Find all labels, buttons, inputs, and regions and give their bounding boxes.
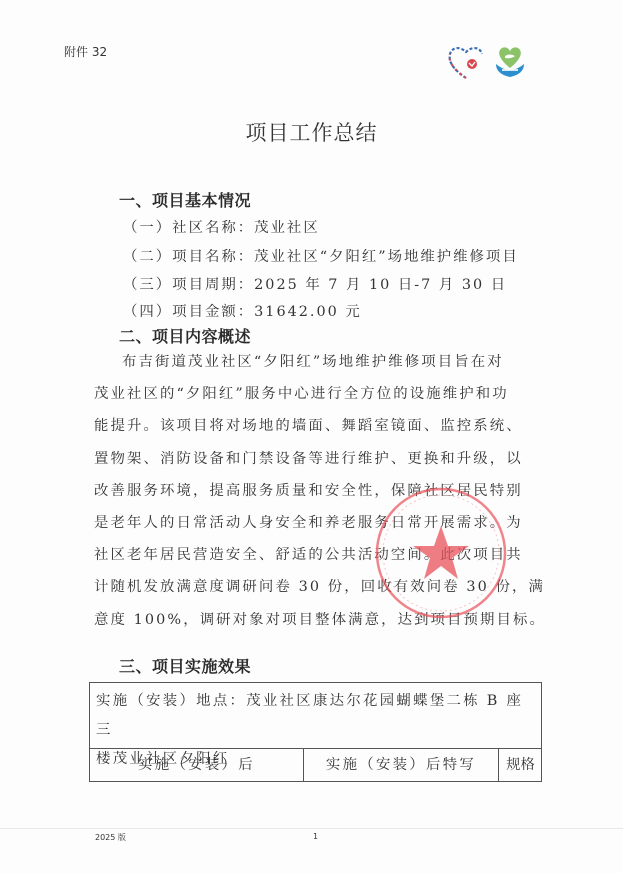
paragraph-line: 改善服务环境，提高服务质量和安全性，保障社区居民特别 <box>94 475 544 507</box>
footer-divider <box>0 828 623 829</box>
section3-heading: 三、项目实施效果 <box>119 654 251 677</box>
paragraph-line: 计随机发放满意度调研问卷 30 份，回收有效问卷 30 份，满 <box>94 571 544 603</box>
paragraph-line: 置物架、消防设备和门禁设备等进行维护、更换和升级，以 <box>94 443 544 475</box>
paragraph-line: 意度 100%，调研对象对项目整体满意，达到项目预期目标。 <box>94 604 544 636</box>
annex-label: 附件 32 <box>64 43 107 60</box>
logos <box>444 42 536 84</box>
summary-paragraph: 布吉街道茂业社区“夕阳红”场地维护维修项目旨在对 茂业社区的“夕阳红”服务中心进… <box>94 346 544 636</box>
paragraph-line: 布吉街道茂业社区“夕阳红”场地维护维修项目旨在对 <box>94 346 544 378</box>
column-header-closeup: 实施（安装）后特写 <box>304 749 499 782</box>
info-label: （一）社区名称： <box>123 220 254 236</box>
location-line: 实施（安装）地点：茂业社区康达尔花园蝴蝶堡二栋 B 座三 <box>96 687 535 745</box>
page-number: 1 <box>313 832 318 841</box>
info-value: 茂业社区“夕阳红”场地维护维修项目 <box>254 249 519 265</box>
info-item-project-name: （二）项目名称：茂业社区“夕阳红”场地维护维修项目 <box>123 245 519 266</box>
info-label: （四）项目金额： <box>123 304 254 320</box>
party-heart-logo-icon <box>450 48 482 78</box>
info-label: （三）项目周期： <box>123 277 254 293</box>
implementation-table: 实施（安装）地点：茂业社区康达尔花园蝴蝶堡二栋 B 座三 楼茂业社区夕阳红 实施… <box>89 682 542 782</box>
paragraph-line: 社区老年居民营造安全、舒适的公共活动空间。此次项目共 <box>94 539 544 571</box>
page-title: 项目工作总结 <box>0 117 623 147</box>
paragraph-line: 是老年人的日常活动人身安全和养老服务日常开展需求。为 <box>94 507 544 539</box>
footer-version: 2025 版 <box>95 832 126 843</box>
section1-heading: 一、项目基本情况 <box>119 188 251 211</box>
info-value: 31642.00 元 <box>254 304 362 320</box>
section2-heading: 二、项目内容概述 <box>119 324 251 347</box>
info-value: 2025 年 7 月 10 日-7 月 30 日 <box>254 277 507 293</box>
column-header-after: 实施（安装）后 <box>90 749 304 782</box>
column-header-spec: 规格 <box>499 749 542 782</box>
info-item-period: （三）项目周期：2025 年 7 月 10 日-7 月 30 日 <box>123 273 507 294</box>
info-label: （二）项目名称： <box>123 249 254 265</box>
info-item-community: （一）社区名称：茂业社区 <box>123 216 320 237</box>
paragraph-line: 能提升。该项目将对场地的墙面、舞蹈室镜面、监控系统、 <box>94 410 544 442</box>
community-service-logo-icon <box>496 47 524 77</box>
info-item-amount: （四）项目金额：31642.00 元 <box>123 300 362 321</box>
info-value: 茂业社区 <box>254 220 320 236</box>
paragraph-line: 茂业社区的“夕阳红”服务中心进行全方位的设施维护和功 <box>94 378 544 410</box>
location-cell: 实施（安装）地点：茂业社区康达尔花园蝴蝶堡二栋 B 座三 楼茂业社区夕阳红 <box>90 683 541 749</box>
